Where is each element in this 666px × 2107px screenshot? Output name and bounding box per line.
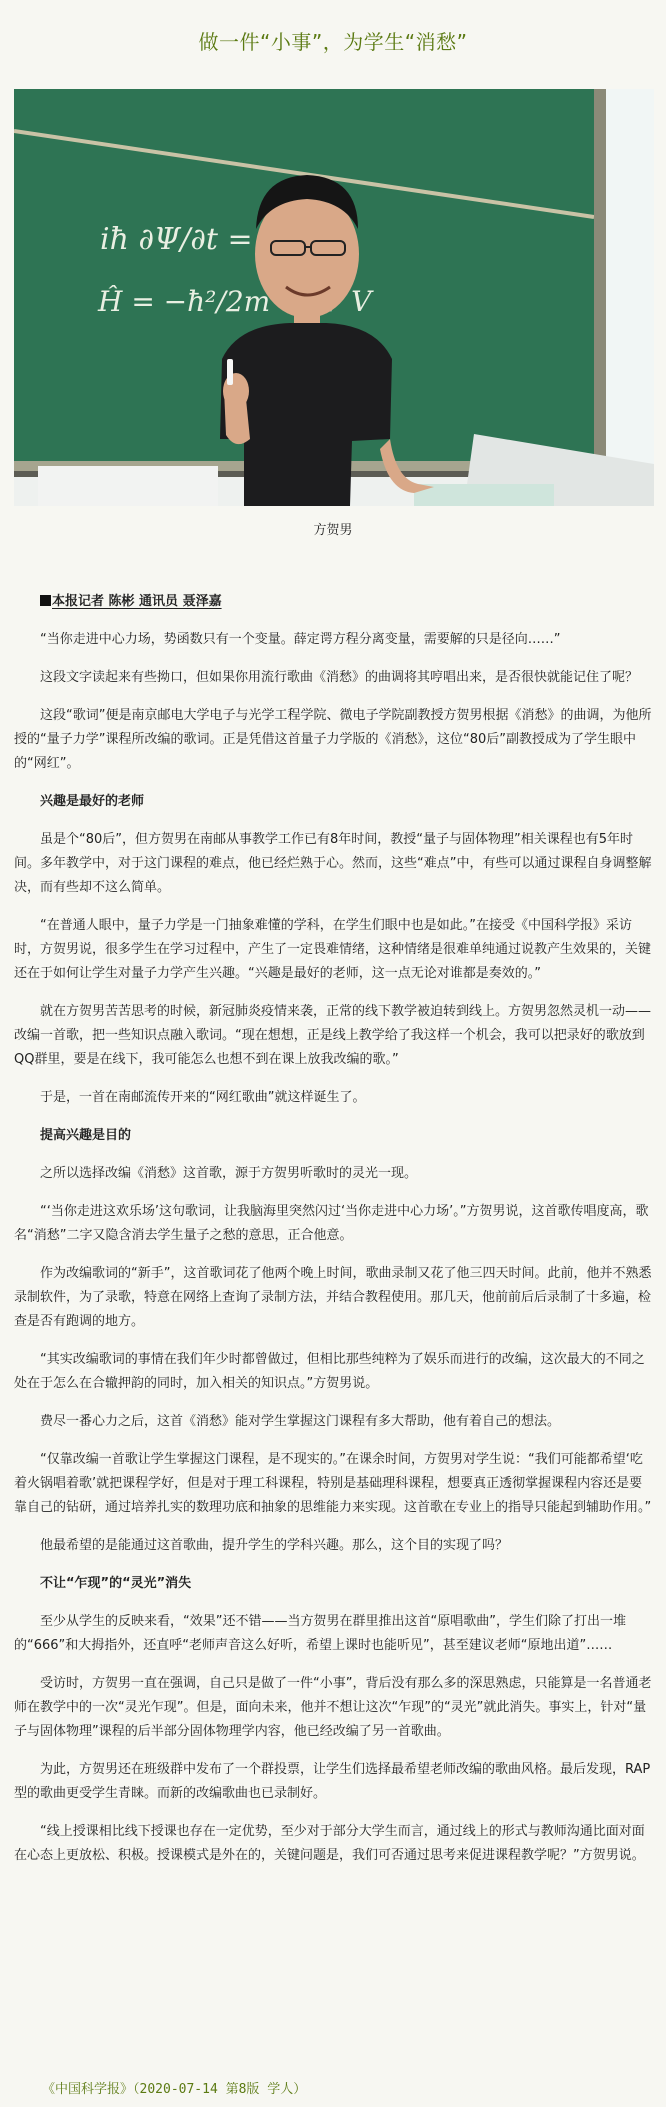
- byline-text: 本报记者 陈彬 通讯员 聂泽嘉: [52, 594, 222, 609]
- section-heading: 不让“乍现”的“灵光”消失: [14, 1572, 652, 1596]
- article-photo: iħ ∂Ψ/∂t = ĤΨ Ĥ = −ħ²/2m ∇² + V: [14, 89, 654, 506]
- article-page: 做一件“小事”，为学生“消愁” iħ ∂Ψ/∂t = ĤΨ Ĥ = −ħ²/2m…: [0, 0, 666, 63]
- photo-caption: 方贺男: [0, 519, 666, 538]
- paragraph: 至少从学生的反映来看，“效果”还不错——当方贺男在群里推出这首“原唱歌曲”，学生…: [14, 1610, 652, 1658]
- paragraph: 这段“歌词”便是南京邮电大学电子与光学工程学院、微电子学院副教授方贺男根据《消愁…: [14, 704, 652, 776]
- paragraph: 于是，一首在南邮流传开来的“网红歌曲”就这样诞生了。: [14, 1086, 652, 1110]
- article-body: 本报记者 陈彬 通讯员 聂泽嘉 “当你走进中心力场，势函数只有一个变量。薛定谔方…: [14, 590, 652, 1882]
- paragraph: “其实改编歌词的事情在我们年少时都曾做过，但相比那些纯粹为了娱乐而进行的改编，这…: [14, 1348, 652, 1396]
- section-heading: 提高兴趣是目的: [14, 1124, 652, 1148]
- paragraph: 就在方贺男苦苦思考的时候，新冠肺炎疫情来袭，正常的线下教学被迫转到线上。方贺男忽…: [14, 1000, 652, 1072]
- paragraph: 为此，方贺男还在班级群中发布了一个群投票，让学生们选择最希望老师改编的歌曲风格。…: [14, 1758, 652, 1806]
- page-title: 做一件“小事”，为学生“消愁”: [0, 0, 666, 63]
- paragraph: 作为改编歌词的“新手”，这首歌词花了他两个晚上时间，歌曲录制又花了他三四天时间。…: [14, 1262, 652, 1334]
- paragraph: 之所以选择改编《消愁》这首歌，源于方贺男听歌时的灵光一现。: [14, 1162, 652, 1186]
- paragraph: 虽是个“80后”，但方贺男在南邮从事教学工作已有8年时间，教授“量子与固体物理”…: [14, 828, 652, 900]
- source-name: 《中国科学报》: [42, 2082, 133, 2097]
- paragraph: “仅靠改编一首歌让学生掌握这门课程，是不现实的。”在课余时间，方贺男对学生说：“…: [14, 1448, 652, 1520]
- paragraph: “在普通人眼中，量子力学是一门抽象难懂的学科，在学生们眼中也是如此。”在接受《中…: [14, 914, 652, 986]
- source-meta: （2020-07-14 第8版 学人）: [133, 2082, 306, 2097]
- paragraph: “当你走进中心力场，势函数只有一个变量。薛定谔方程分离变量，需要解的只是径向………: [14, 628, 652, 652]
- paragraph: 费尽一番心力之后，这首《消愁》能对学生掌握这门课程有多大帮助，他有着自己的想法。: [14, 1410, 652, 1434]
- paragraph: 他最希望的是能通过这首歌曲，提升学生的学科兴趣。那么，这个目的实现了吗？: [14, 1534, 652, 1558]
- section-heading: 兴趣是最好的老师: [14, 790, 652, 814]
- paragraph: 这段文字读起来有些拗口，但如果你用流行歌曲《消愁》的曲调将其哼唱出来，是否很快就…: [14, 666, 652, 690]
- paragraph: “线上授课相比线下授课也存在一定优势，至少对于部分大学生而言，通过线上的形式与教…: [14, 1820, 652, 1868]
- paragraph: 受访时，方贺男一直在强调，自己只是做了一件“小事”，背后没有那么多的深思熟虑，只…: [14, 1672, 652, 1744]
- source-footer: 《中国科学报》（2020-07-14 第8版 学人）: [42, 2078, 306, 2097]
- teacher-at-blackboard-image: iħ ∂Ψ/∂t = ĤΨ Ĥ = −ħ²/2m ∇² + V: [14, 89, 654, 506]
- byline: 本报记者 陈彬 通讯员 聂泽嘉: [14, 590, 652, 614]
- square-bullet-icon: [40, 595, 51, 606]
- paragraph: “‘当你走进这欢乐场’这句歌词，让我脑海里突然闪过‘当你走进中心力场’。”方贺男…: [14, 1200, 652, 1248]
